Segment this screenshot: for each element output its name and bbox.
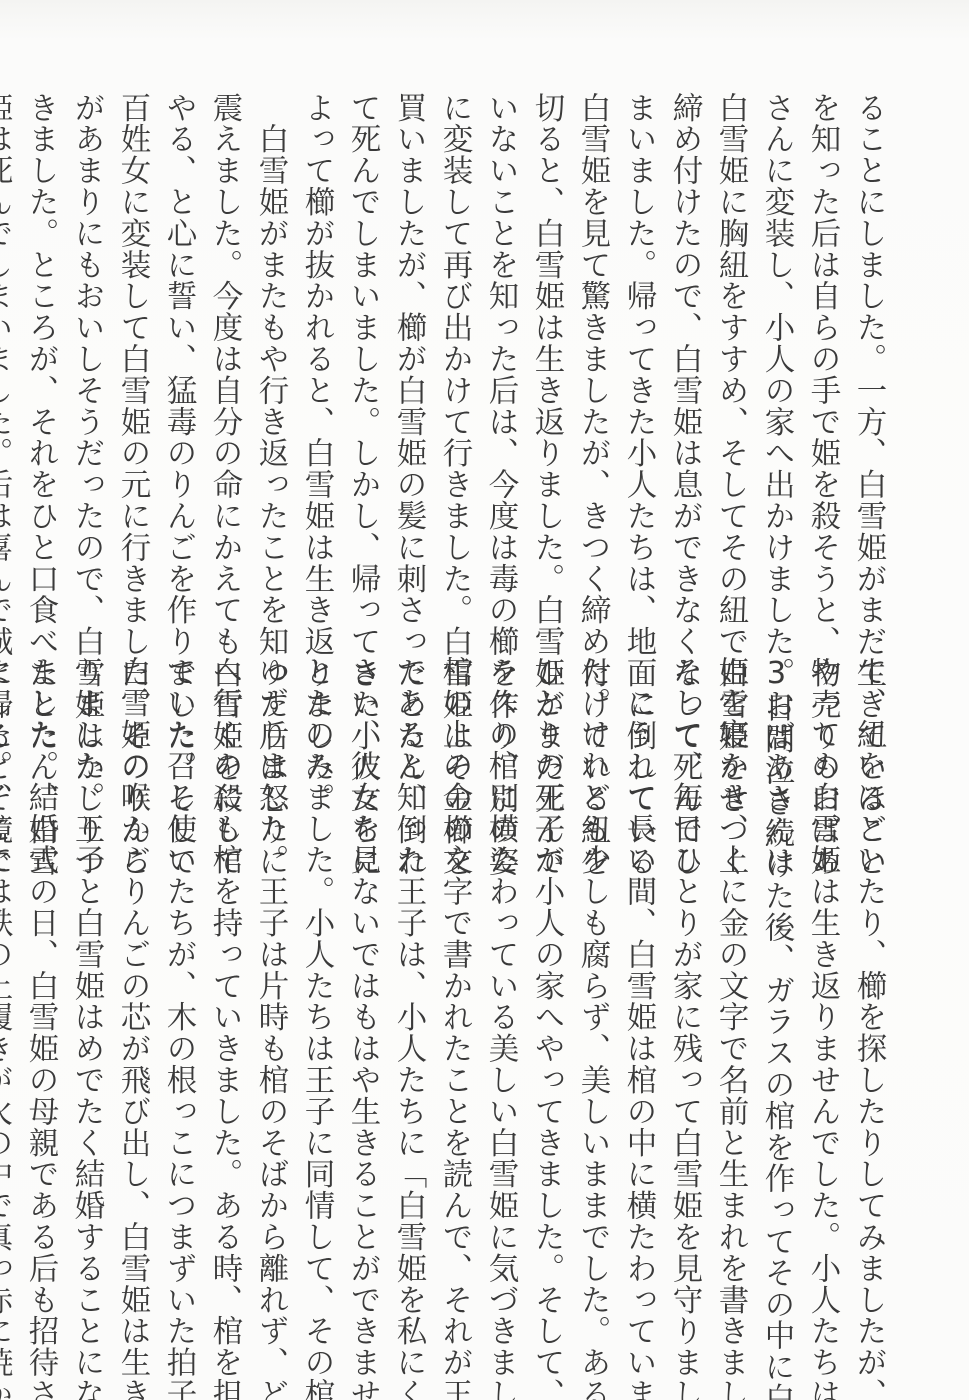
text-column: て、紐をほどいたり、櫛を探したりしてみましたが、何を xyxy=(845,656,891,1196)
text-column: 切ると、白雪姫は生き返りました。白雪姫がまだ死んで xyxy=(523,92,569,632)
text-column: 白雪姫に胸紐をすすめ、そしてその紐で白雪姫をきつく xyxy=(707,92,753,632)
text-column: 白雪姫を見て驚きましたが、きつく締め付けている紐を xyxy=(569,92,615,632)
text-column: に変装して再び出かけて行きました。白雪姫はその櫛を xyxy=(431,92,477,632)
text-column: 百姓女に変装して白雪姫の元に行きました。そのりんご xyxy=(109,92,155,632)
text-column: 白雪姫の喉からりんごの芯が飛び出し、白雪姫は生き返 xyxy=(109,656,155,1196)
text-column: 3日間泣き続けた後、ガラスの棺を作ってその中に白雪 xyxy=(753,656,799,1196)
text-column: へ行くのにも棺を持っていきました。ある時、棺を担い xyxy=(201,656,247,1196)
text-column: た。けれども少しも腐らず、美しいままでした。ある時、 xyxy=(569,656,615,1196)
text-column: ひとりの王子が小人の家へやってきました。そして、ガ xyxy=(523,656,569,1196)
text-column: 震えました。今度は自分の命にかえても白雪姫を殺して xyxy=(201,92,247,632)
text-column: があまりにもおいしそうだったので、白雪姫はかじりつ xyxy=(63,92,109,632)
text-column: まいました。帰ってきた小人たちは、地面に倒れている xyxy=(615,92,661,632)
text-column: であると知った王子は、小人たちに「白雪姫を私にくだ xyxy=(385,656,431,1196)
text-column: よって櫛が抜かれると、白雪姫は生き返りました。 xyxy=(293,92,339,632)
text-column: さんに変装し、小人の家へ出かけました。おばあさんは xyxy=(753,92,799,632)
text-column: 締め付けたので、白雪姫は息ができなくなって死んでし xyxy=(661,92,707,632)
text-column: て死んでしまいました。しかし、帰ってきた小人たちに xyxy=(339,92,385,632)
text-block-top: ることにしました。一方、白雪姫がまだ生きていることを知った后は自らの手で姫を殺そ… xyxy=(0,92,891,632)
text-column: とたのみました。小人たちは王子に同情して、その棺を xyxy=(293,656,339,1196)
text-column: りました。王子と白雪姫はめでたく結婚することになり xyxy=(63,656,109,1196)
text-column: ました。結婚式の日、白雪姫の母親である后も招待され xyxy=(17,656,63,1196)
text-column: 姫を寝かせ、上に金の文字で名前と生まれを書きました。 xyxy=(707,656,753,1196)
text-column: ました。そこでは鉄の上履きが火の中で真っ赤に焼かれ xyxy=(0,656,17,1196)
text-column: ることにしました。一方、白雪姫がまだ生きていること xyxy=(845,92,891,632)
text-column: やっても白雪姫は生き返りませんでした。小人たちは、 xyxy=(799,656,845,1196)
text-column: を知った后は自らの手で姫を殺そうと、物売りのおばあ xyxy=(799,92,845,632)
text-column: でいた召し使いたちが、木の根っこにつまずいた拍子に、 xyxy=(155,656,201,1196)
text-block-bottom: て、紐をほどいたり、櫛を探したりしてみましたが、何をやっても白雪姫は生き返りませ… xyxy=(0,656,891,1196)
text-column: 棺の上の金の文字で書かれたことを読んで、それが王女 xyxy=(431,656,477,1196)
text-column: そして、毎日ひとりが家に残って白雪姫を見守りました。 xyxy=(661,656,707,1196)
scanned-page: ることにしました。一方、白雪姫がまだ生きていることを知った后は自らの手で姫を殺そ… xyxy=(0,0,969,1400)
text-column: 姫は死んでしまいました。后は喜んで城に帰ると、鏡に xyxy=(0,92,17,632)
text-column: ゆずりました。王子は片時も棺のそばから離れず、どこ xyxy=(247,656,293,1196)
text-column: こうして長い間、白雪姫は棺の中に横たわっていまし xyxy=(615,656,661,1196)
text-column: きました。ところが、それをひと口食べたとたん、白雪 xyxy=(17,92,63,632)
text-column: 白雪姫がまたもや行き返ったことを知った后は怒りに xyxy=(247,92,293,632)
text-column: さい、彼女を見ないではもはや生きることができません」 xyxy=(339,656,385,1196)
text-column: いないことを知った后は、今度は毒の櫛を作り、別の姿 xyxy=(477,92,523,632)
text-column: やる、と心に誓い、猛毒のりんごを作りました。そして xyxy=(155,92,201,632)
text-column: 買いましたが、櫛が白雪姫の髪に刺さったとたん、倒れ xyxy=(385,92,431,632)
text-column: ラスの棺に横たわっている美しい白雪姫に気づきました。 xyxy=(477,656,523,1196)
